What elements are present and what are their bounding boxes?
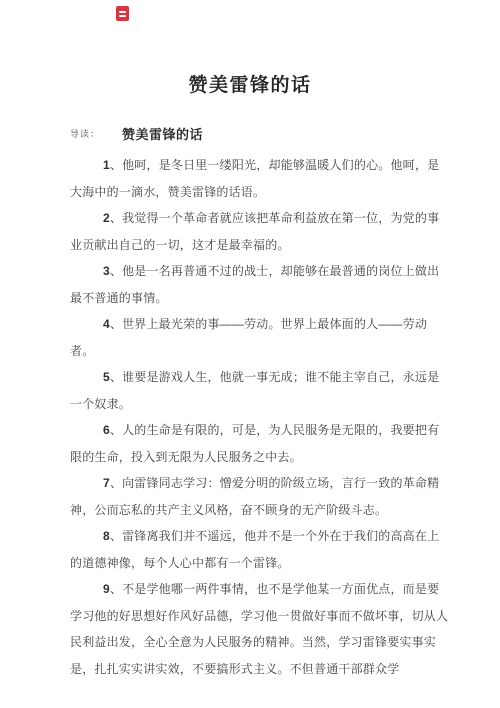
lead-row: 导读： 赞美雷锋的话 xyxy=(70,124,450,143)
red-badge-icon xyxy=(116,6,129,21)
paragraph: 3、他是一名再普通不过的战士，却能够在最普通的岗位上做出最不普通的事情。 xyxy=(70,258,450,311)
paragraph-text: 世界上最光荣的事——劳动。世界上最体面的人——劳动 者。 xyxy=(70,317,427,358)
paragraph-separator: 、 xyxy=(110,476,122,490)
paragraph: 2、我觉得一个革命者就应该把革命利益放在第一位，为党的事业贡献出自己的一切，这才… xyxy=(70,205,450,258)
paragraph-text: 向雷锋同志学习：憎爱分明的阶级立场，言行一致的革命精神，公而忘私的共产主义风格，… xyxy=(70,476,439,517)
badge-bar xyxy=(119,11,126,13)
document-page: 赞美雷锋的话 导读： 赞美雷锋的话 1、他呵，是冬日里一缕阳光，却能够温暖人们的… xyxy=(0,0,500,708)
paragraph-text: 他呵，是冬日里一缕阳光，却能够温暖人们的心。他呵，是大海中的一滴水，赞美雷锋的话… xyxy=(70,158,439,199)
paragraph-number: 6 xyxy=(103,423,110,437)
paragraph-list: 1、他呵，是冬日里一缕阳光，却能够温暖人们的心。他呵，是大海中的一滴水，赞美雷锋… xyxy=(70,152,450,682)
paragraph-number: 4 xyxy=(103,317,110,331)
paragraph-number: 8 xyxy=(103,529,110,543)
badge-bar xyxy=(119,15,126,17)
paragraph-text: 不是学他哪一两件事情，也不是学他某一方面优点，而是要学习他的好思想好作风好品德，… xyxy=(70,582,448,676)
paragraph: 4、世界上最光荣的事——劳动。世界上最体面的人——劳动 者。 xyxy=(70,311,450,364)
paragraph-separator: 、 xyxy=(110,264,122,278)
paragraph: 6、人的生命是有限的，可是，为人民服务是无限的，我要把有限的生命，投入到无限为人… xyxy=(70,417,450,470)
paragraph-number: 2 xyxy=(103,211,110,225)
paragraph-number: 9 xyxy=(103,582,110,596)
lead-label: 导读： xyxy=(70,127,100,140)
paragraph-separator: 、 xyxy=(110,158,122,172)
paragraph-text: 他是一名再普通不过的战士，却能够在最普通的岗位上做出最不普通的事情。 xyxy=(70,264,439,305)
paragraph: 5、谁要是游戏人生，他就一事无成；谁不能主宰自己，永远是一个奴隶。 xyxy=(70,364,450,417)
paragraph-number: 1 xyxy=(103,158,110,172)
paragraph: 1、他呵，是冬日里一缕阳光，却能够温暖人们的心。他呵，是大海中的一滴水，赞美雷锋… xyxy=(70,152,450,205)
paragraph-text: 雷锋离我们并不遥远，他并不是一个外在于我们的高高在上的道德神像，每个人心中都有一… xyxy=(70,529,439,570)
lead-title: 赞美雷锋的话 xyxy=(122,124,203,143)
paragraph-separator: 、 xyxy=(110,317,122,331)
paragraph: 7、向雷锋同志学习：憎爱分明的阶级立场，言行一致的革命精神，公而忘私的共产主义风… xyxy=(70,470,450,523)
page-title: 赞美雷锋的话 xyxy=(0,70,500,97)
paragraph-separator: 、 xyxy=(110,423,122,437)
paragraph-separator: 、 xyxy=(110,370,122,384)
paragraph-separator: 、 xyxy=(110,211,122,225)
paragraph: 9、不是学他哪一两件事情，也不是学他某一方面优点，而是要学习他的好思想好作风好品… xyxy=(70,576,450,682)
paragraph-number: 5 xyxy=(103,370,110,384)
paragraph-text: 人的生命是有限的，可是，为人民服务是无限的，我要把有限的生命，投入到无限为人民服… xyxy=(70,423,439,464)
paragraph-number: 3 xyxy=(103,264,110,278)
paragraph-separator: 、 xyxy=(110,582,122,596)
paragraph-text: 我觉得一个革命者就应该把革命利益放在第一位，为党的事业贡献出自己的一切，这才是最… xyxy=(70,211,439,252)
paragraph-number: 7 xyxy=(103,476,110,490)
paragraph-text: 谁要是游戏人生，他就一事无成；谁不能主宰自己，永远是一个奴隶。 xyxy=(70,370,439,411)
paragraph-separator: 、 xyxy=(110,529,122,543)
paragraph: 8、雷锋离我们并不遥远，他并不是一个外在于我们的高高在上的道德神像，每个人心中都… xyxy=(70,523,450,576)
